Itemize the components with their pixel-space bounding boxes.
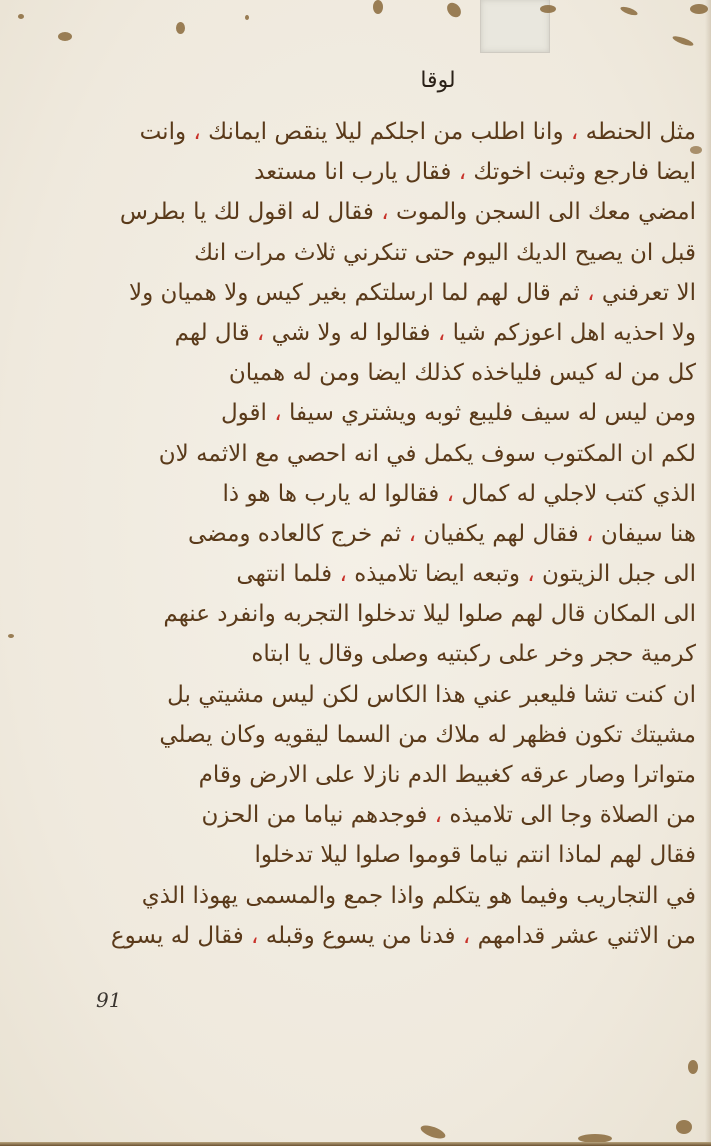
text-line: كرمية حجر وخر على ركبتيه وصلى وقال يا اب… bbox=[196, 634, 696, 674]
text-line: الا تعرفني ، ثم قال لهم لما ارسلتكم بغير… bbox=[196, 273, 696, 313]
text-line: ومن ليس له سيف فليبع ثوبه ويشتري سيفا ، … bbox=[196, 393, 696, 433]
stain bbox=[676, 1120, 692, 1134]
text-line: مشيتك تكون فظهر له ملاك من السما ليقويه … bbox=[196, 715, 696, 755]
stain bbox=[688, 1060, 698, 1074]
text-line: ايضا فارجع وثبت اخوتك ، فقال يارب انا مس… bbox=[196, 152, 696, 192]
text-line: فقال لهم لماذا انتم نياما قوموا صلوا ليل… bbox=[196, 835, 696, 875]
rubric-mark: ، bbox=[274, 400, 281, 426]
page-edge-shadow bbox=[705, 0, 711, 1146]
stain bbox=[18, 14, 24, 19]
stain bbox=[245, 15, 249, 20]
text-line: الى جبل الزيتون ، وتبعه ايضا تلاميذه ، ف… bbox=[196, 554, 696, 594]
folio-number: 91 bbox=[96, 988, 121, 1012]
running-header: لوقا bbox=[408, 68, 468, 93]
text-line: ان كنت تشا فليعبر عني هذا الكاس لكن ليس … bbox=[196, 675, 696, 715]
rubric-mark: ، bbox=[381, 199, 388, 225]
text-line: قبل ان يصيح الديك اليوم حتى تنكرني ثلاث … bbox=[196, 233, 696, 273]
text-line: متواترا وصار عرقه كغبيط الدم نازلا على ا… bbox=[196, 755, 696, 795]
stain bbox=[444, 0, 463, 20]
stain bbox=[419, 1123, 447, 1141]
rubric-mark: ، bbox=[251, 923, 258, 949]
text-line: مثل الحنطه ، وانا اطلب من اجلكم ليلا ينق… bbox=[196, 112, 696, 152]
stain bbox=[8, 634, 14, 638]
stain bbox=[540, 5, 556, 13]
text-line: الذي كتب لاجلي له كمال ، فقالوا له يارب … bbox=[196, 474, 696, 514]
text-line: الى المكان قال لهم صلوا ليلا تدخلوا التج… bbox=[196, 594, 696, 634]
rubric-mark: ، bbox=[193, 119, 200, 145]
manuscript-page: لوقا مثل الحنطه ، وانا اطلب من اجلكم ليل… bbox=[0, 0, 711, 1146]
stain bbox=[672, 34, 695, 47]
rubric-mark: ، bbox=[463, 923, 470, 949]
stain bbox=[373, 0, 383, 14]
rubric-mark: ، bbox=[587, 280, 594, 306]
stain bbox=[620, 5, 639, 17]
text-line: امضي معك الى السجن والموت ، فقال له اقول… bbox=[196, 192, 696, 232]
rubric-mark: ، bbox=[447, 481, 454, 507]
rubric-mark: ، bbox=[527, 561, 534, 587]
text-line: لكم ان المكتوب سوف يكمل في انه احصي مع ا… bbox=[196, 434, 696, 474]
rubric-mark: ، bbox=[257, 320, 264, 346]
stain bbox=[176, 22, 185, 34]
text-line: هنا سيفان ، فقال لهم يكفيان ، ثم خرج كال… bbox=[196, 514, 696, 554]
text-line: ولا احذيه اهل اعوزكم شيا ، فقالوا له ولا… bbox=[196, 313, 696, 353]
rubric-mark: ، bbox=[586, 521, 593, 547]
stain bbox=[58, 32, 72, 41]
rubric-mark: ، bbox=[571, 119, 578, 145]
text-line: من الصلاة وجا الى تلاميذه ، فوجدهم نياما… bbox=[196, 795, 696, 835]
rubric-mark: ، bbox=[438, 320, 445, 346]
text-line: في التجاريب وفيما هو يتكلم واذا جمع والم… bbox=[196, 876, 696, 916]
text-line: كل من له كيس فلياخذه كذلك ايضا ومن له هم… bbox=[196, 353, 696, 393]
manuscript-text: مثل الحنطه ، وانا اطلب من اجلكم ليلا ينق… bbox=[196, 112, 696, 956]
rubric-mark: ، bbox=[409, 521, 416, 547]
text-line: من الاثني عشر قدامهم ، فدنا من يسوع وقبل… bbox=[196, 916, 696, 956]
rubric-mark: ، bbox=[459, 159, 466, 185]
rubric-mark: ، bbox=[339, 561, 346, 587]
page-bottom-edge bbox=[0, 1142, 711, 1146]
rubric-mark: ، bbox=[435, 802, 442, 828]
